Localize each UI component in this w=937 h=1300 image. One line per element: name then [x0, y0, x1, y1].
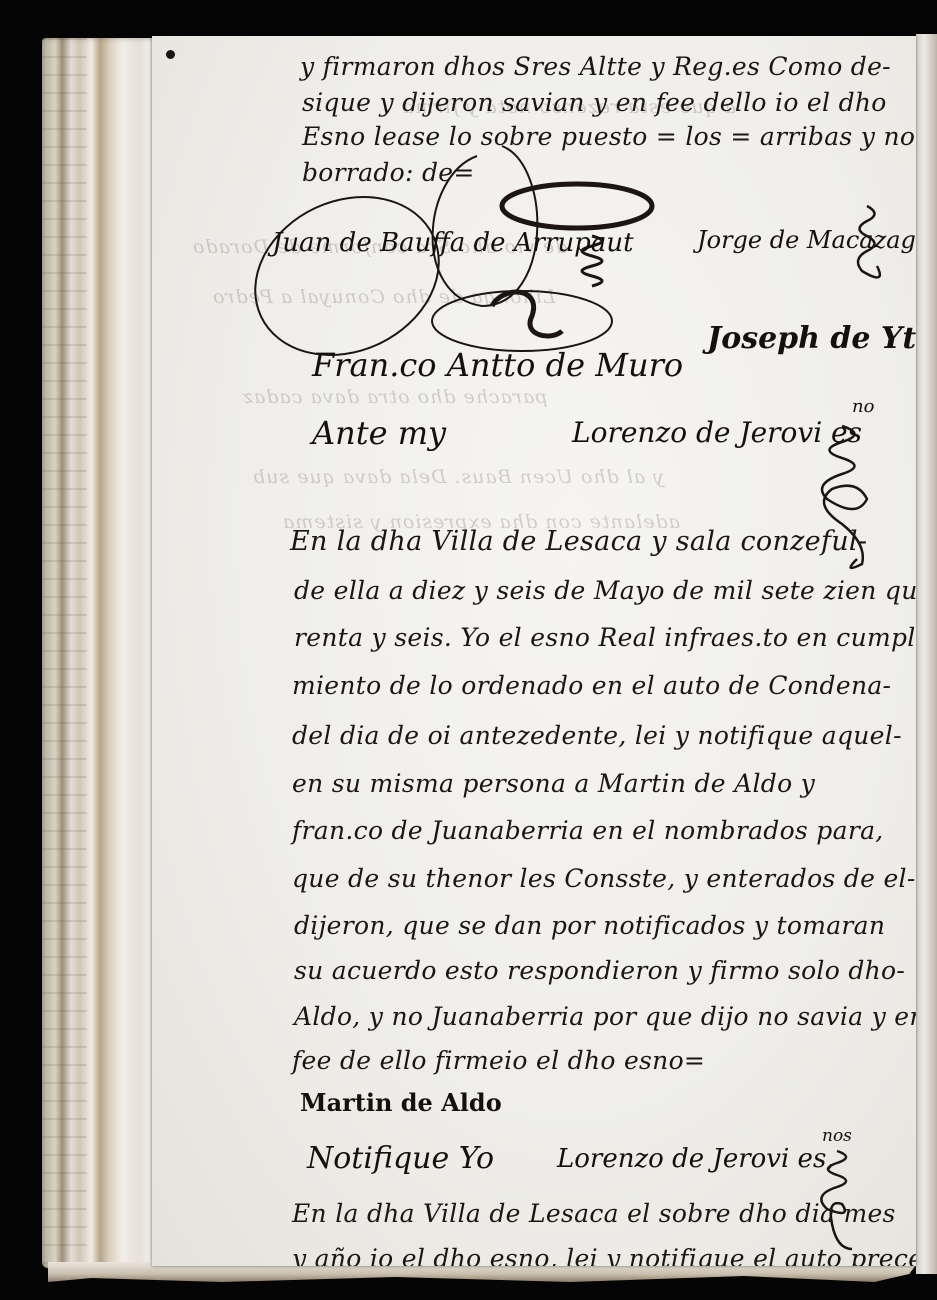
text-line: miento de lo ordenado en el auto de Cond…: [292, 671, 891, 700]
notification-heading: Notifique Yo: [307, 1141, 494, 1176]
signature-juan-bauffa: Juan de Bauffa de Arrupaut: [272, 228, 634, 258]
manuscript-page: a que esta rezenso nota y firma de vio d…: [152, 36, 916, 1266]
text-line: de ella a diez y seis de Mayo de mil set…: [294, 576, 916, 605]
ink-dot: [166, 50, 175, 59]
bleed-through: parache dho otra dava cadaz: [242, 386, 548, 408]
notary-name-2: Lorenzo de Jerovi es,: [557, 1144, 835, 1174]
text-line: fran.co de Juanaberria en el nombrados p…: [292, 816, 884, 845]
page-stack-edge: [42, 38, 154, 1268]
page-right-fold: [916, 34, 937, 1274]
notary-suffix-2: nos: [822, 1126, 852, 1146]
text-line: fee de ello firmeio el dho esno=: [292, 1046, 705, 1075]
text-line: renta y seis. Yo el esno Real infraes.to…: [294, 623, 916, 652]
ante-my-label: Ante my: [312, 414, 446, 452]
text-line: En la dha Villa de Lesaca el sobre dho d…: [292, 1199, 896, 1228]
manuscript-scan: a que esta rezenso nota y firma de vio d…: [0, 0, 937, 1300]
signature-martin-aldo: Martin de Aldo: [300, 1088, 502, 1117]
bleed-through: y al dho Ucen Baus. Dela dava que sub: [252, 466, 664, 488]
notary-suffix: no: [852, 396, 874, 417]
text-line: y año io el dho esno, lei y notifique el…: [292, 1244, 916, 1266]
text-line: y firmaron dhos Sres Altte y Reg.es Como…: [300, 52, 891, 81]
text-line: sique y dijeron savian y en fee dello io…: [302, 88, 887, 117]
text-line: En la dha Villa de Lesaca y sala conzefu…: [290, 526, 867, 557]
signature-francisco-muro: Fran.co Antto de Muro: [312, 346, 683, 384]
text-line: su acuerdo esto respondieron y firmo sol…: [294, 956, 905, 985]
signature-joseph-yturria: Joseph de Yturria: [707, 321, 916, 356]
signature-flourish: [842, 201, 892, 291]
text-line: dijeron, que se dan por notificados y to…: [294, 911, 885, 940]
text-line: que de su thenor les Consste, y enterado…: [292, 864, 916, 893]
text-line: Aldo, y no Juanaberria por que dijo no s…: [294, 1002, 916, 1031]
text-line: en su misma persona a Martin de Aldo y: [292, 769, 815, 798]
text-line: del dia de oi antezedente, lei y notifiq…: [292, 721, 902, 750]
